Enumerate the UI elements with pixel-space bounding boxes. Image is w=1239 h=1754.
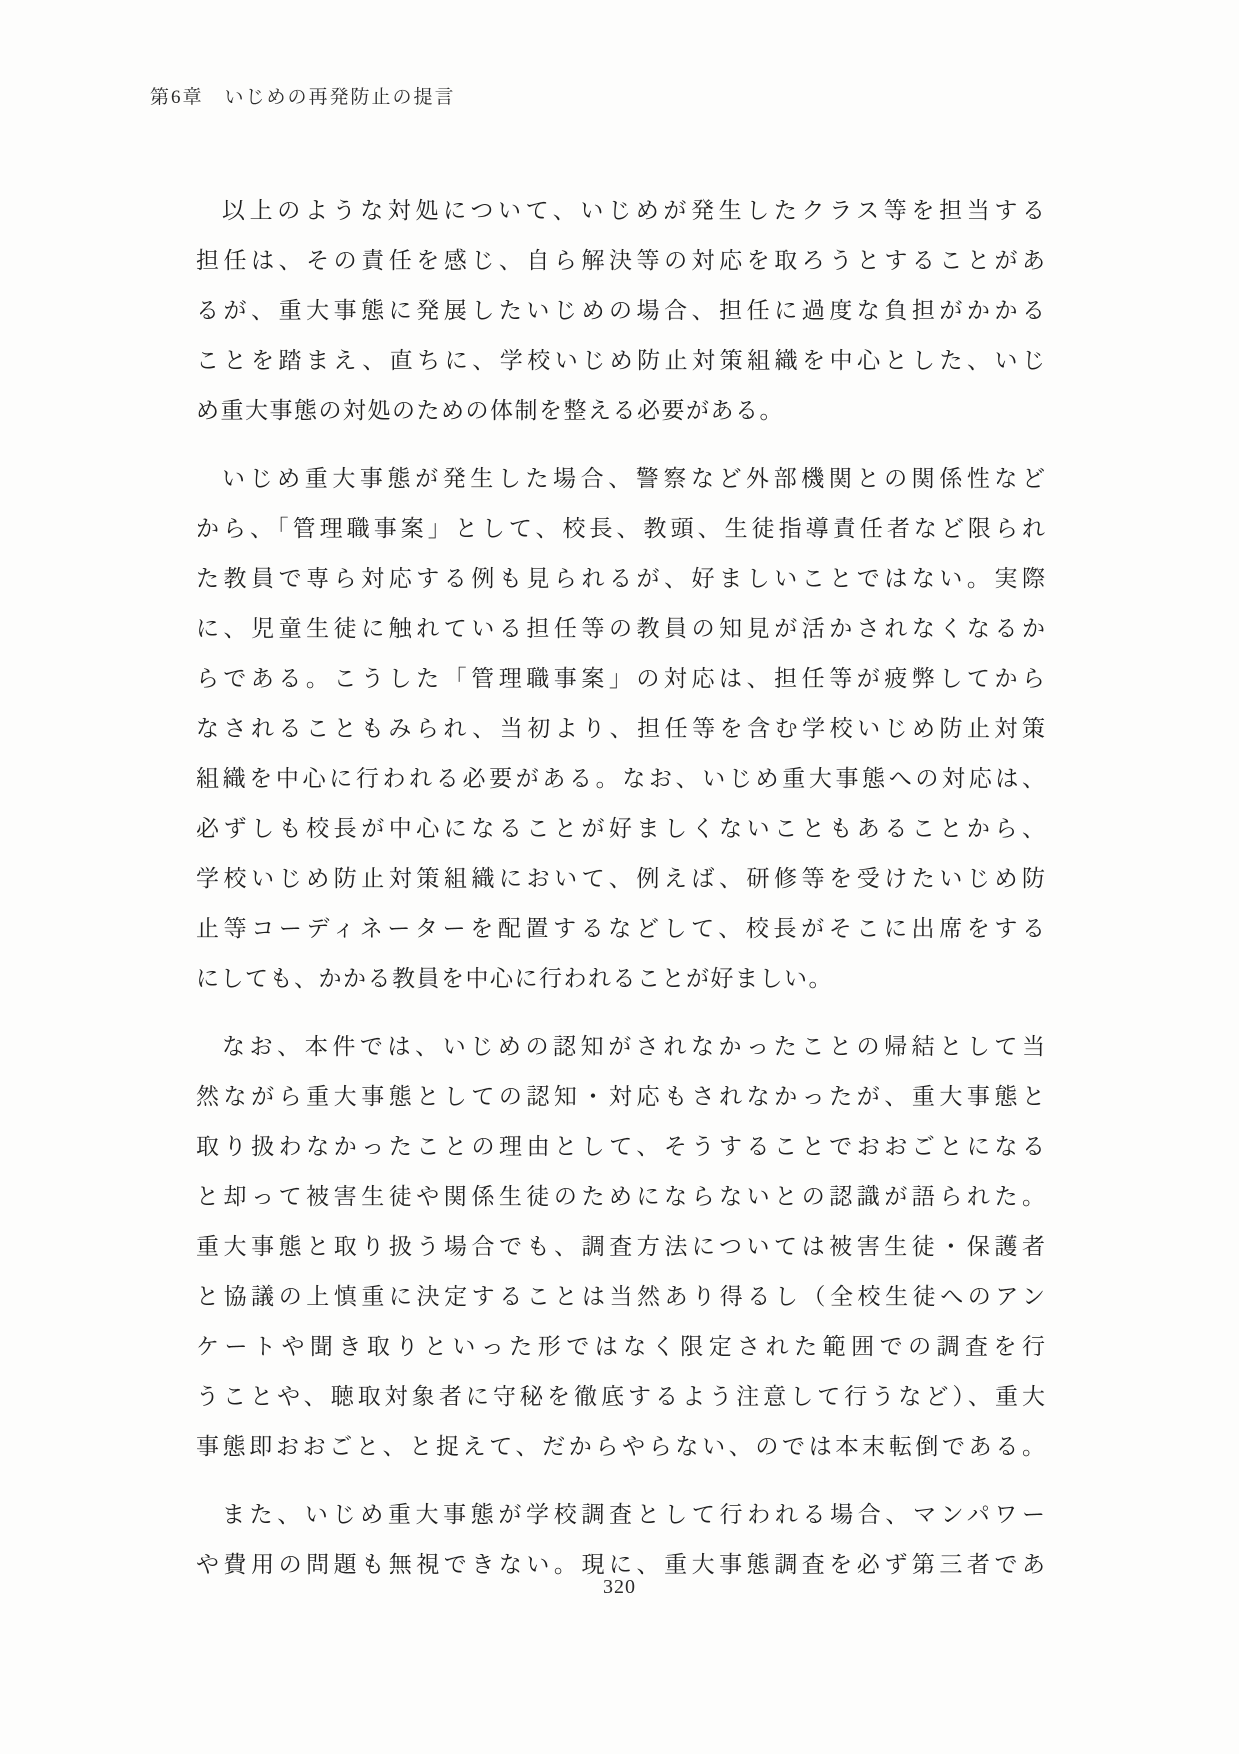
text-line: 事態即おおごと、と捉えて、だからやらない、のでは本末転倒である。 — [196, 1422, 1048, 1472]
page-number: 320 — [0, 1576, 1239, 1599]
text-line: 止等コーディネーターを配置するなどして、校長がそこに出席をする — [196, 904, 1048, 954]
chapter-header: 第6章 いじめの再発防止の提言 — [150, 82, 456, 109]
text-line: ことを踏まえ、直ちに、学校いじめ防止対策組織を中心とした、いじ — [196, 336, 1048, 386]
text-line: ケートや聞き取りといった形ではなく限定された範囲での調査を行 — [196, 1322, 1048, 1372]
text-line: に、児童生徒に触れている担任等の教員の知見が活かされなくなるか — [196, 604, 1048, 654]
text-line: め重大事態の対処のための体制を整える必要がある。 — [196, 386, 1048, 436]
text-line: また、いじめ重大事態が学校調査として行われる場合、マンパワー — [196, 1490, 1048, 1540]
text-line: 学校いじめ防止対策組織において、例えば、研修等を受けたいじめ防 — [196, 854, 1048, 904]
text-line: なされることもみられ、当初より、担任等を含む学校いじめ防止対策 — [196, 704, 1048, 754]
text-line: と却って被害生徒や関係生徒のためにならないとの認識が語られた。 — [196, 1172, 1048, 1222]
text-line: るが、重大事態に発展したいじめの場合、担任に過度な負担がかかる — [196, 286, 1048, 336]
paragraph: いじめ重大事態が発生した場合、警察など外部機関との関係性などから、「管理職事案」… — [196, 454, 1048, 1004]
text-line: なお、本件では、いじめの認知がされなかったことの帰結として当 — [196, 1022, 1048, 1072]
text-line: 重大事態と取り扱う場合でも、調査方法については被害生徒・保護者 — [196, 1222, 1048, 1272]
text-line: らである。こうした「管理職事案」の対応は、担任等が疲弊してから — [196, 654, 1048, 704]
paragraph: 以上のような対処について、いじめが発生したクラス等を担当する担任は、その責任を感… — [196, 186, 1048, 436]
paragraph: また、いじめ重大事態が学校調査として行われる場合、マンパワーや費用の問題も無視で… — [196, 1490, 1048, 1590]
text-line: 以上のような対処について、いじめが発生したクラス等を担当する — [196, 186, 1048, 236]
text-line: 然ながら重大事態としての認知・対応もされなかったが、重大事態と — [196, 1072, 1048, 1122]
text-line: にしても、かかる教員を中心に行われることが好ましい。 — [196, 954, 1048, 1004]
text-line: から、「管理職事案」として、校長、教頭、生徒指導責任者など限られ — [196, 504, 1048, 554]
text-line: 必ずしも校長が中心になることが好ましくないこともあることから、 — [196, 804, 1048, 854]
document-page: 第6章 いじめの再発防止の提言 以上のような対処について、いじめが発生したクラス… — [0, 0, 1239, 1754]
text-line: と協議の上慎重に決定することは当然あり得るし（全校生徒へのアン — [196, 1272, 1048, 1322]
paragraph: なお、本件では、いじめの認知がされなかったことの帰結として当然ながら重大事態とし… — [196, 1022, 1048, 1472]
text-line: た教員で専ら対応する例も見られるが、好ましいことではない。実際 — [196, 554, 1048, 604]
text-line: 取り扱わなかったことの理由として、そうすることでおおごとになる — [196, 1122, 1048, 1172]
text-line: 担任は、その責任を感じ、自ら解決等の対応を取ろうとすることがあ — [196, 236, 1048, 286]
document-text-body: 以上のような対処について、いじめが発生したクラス等を担当する担任は、その責任を感… — [196, 186, 1048, 1608]
text-line: うことや、聴取対象者に守秘を徹底するよう注意して行うなど）、重大 — [196, 1372, 1048, 1422]
text-line: いじめ重大事態が発生した場合、警察など外部機関との関係性など — [196, 454, 1048, 504]
text-line: 組織を中心に行われる必要がある。なお、いじめ重大事態への対応は、 — [196, 754, 1048, 804]
